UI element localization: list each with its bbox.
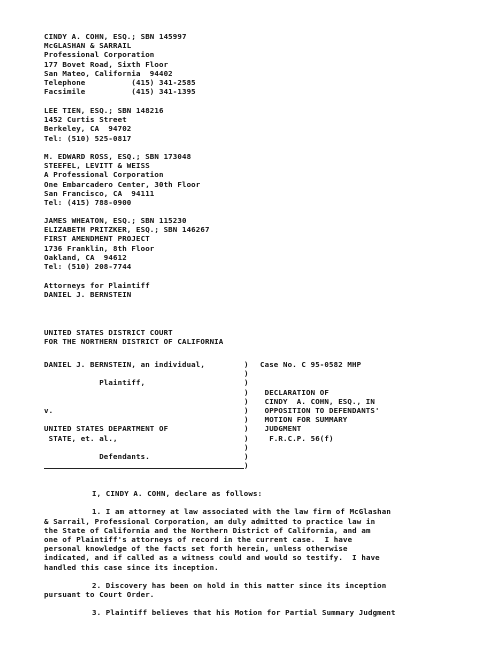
counsel-line: Telephone (415) 341-2585 (44, 78, 196, 87)
defendant-name: UNITED STATES DEPARTMENT OF (44, 424, 244, 433)
bracket: ) (244, 378, 249, 387)
bracket: ) (244, 434, 249, 443)
court-district: FOR THE NORTHERN DISTRICT OF CALIFORNIA (44, 337, 223, 346)
counsel-line: JAMES WHEATON, ESQ.; SBN 115230 (44, 216, 210, 225)
counsel-line: Tel: (510) 525-0817 (44, 134, 164, 143)
blank-line (44, 498, 464, 507)
case-number: Case No. C 95-0582 MHP (260, 360, 380, 369)
counsel-line: M. EDWARD ROSS, ESQ.; SBN 173048 (44, 152, 200, 161)
bracket: ) (244, 443, 249, 452)
bracket: ) (244, 360, 249, 369)
counsel-line: San Mateo, California 94402 (44, 69, 196, 78)
paragraph-1-line: personal knowledge of the facts set fort… (44, 544, 464, 553)
counsel-line: 177 Bovet Road, Sixth Floor (44, 60, 196, 69)
counsel-line: Tel: (510) 208-7744 (44, 262, 210, 271)
counsel-line: 1452 Curtis Street (44, 115, 164, 124)
counsel-block-tien: LEE TIEN, ESQ.; SBN 148216 1452 Curtis S… (44, 106, 164, 143)
versus-label: v. (44, 406, 244, 415)
counsel-block-ross: M. EDWARD ROSS, ESQ.; SBN 173048 STEEFEL… (44, 152, 200, 207)
bracket: ) (244, 369, 249, 378)
document-title-line: DECLARATION OF (260, 388, 380, 397)
counsel-line: Tel: (415) 788-0900 (44, 198, 200, 207)
caption-spacer (44, 369, 244, 378)
counsel-line: One Embarcadero Center, 30th Floor (44, 180, 200, 189)
bracket: ) (244, 406, 249, 415)
paragraph-1-line: & Sarrail, Professional Corporation, am … (44, 517, 464, 526)
attorneys-for-block: Attorneys for Plaintiff DANIEL J. BERNST… (44, 281, 150, 299)
counsel-line: Professional Corporation (44, 50, 196, 59)
rule-citation: F.R.C.P. 56(f) (260, 434, 380, 443)
attorneys-for-label: Attorneys for Plaintiff (44, 281, 150, 290)
paragraph-1-line: handled this case since its inception. (44, 563, 464, 572)
paragraph-1-first: 1. I am attorney at law associated with … (44, 507, 464, 516)
caption-spacer (44, 397, 244, 406)
counsel-line: Berkeley, CA 94702 (44, 124, 164, 133)
counsel-line: CINDY A. COHN, ESQ.; SBN 145997 (44, 32, 196, 41)
defendants-label: Defendants. (44, 452, 244, 461)
case-caption-title: Case No. C 95-0582 MHP DECLARATION OF CI… (260, 360, 380, 443)
document-page: CINDY A. COHN, ESQ.; SBN 145997 McGLASHA… (0, 0, 500, 647)
document-title-line: CINDY A. COHN, ESQ., IN (260, 397, 380, 406)
caption-brackets: ) ) ) ) ) ) ) ) ) ) ) ) (244, 360, 249, 470)
counsel-line: McGLASHAN & SARRAIL (44, 41, 196, 50)
case-caption-parties: DANIEL J. BERNSTEIN, an individual, Plai… (44, 360, 244, 470)
counsel-line: LEE TIEN, ESQ.; SBN 148216 (44, 106, 164, 115)
counsel-line: San Francisco, CA 94111 (44, 189, 200, 198)
defendant-name-cont: STATE, et. al., (44, 434, 244, 443)
paragraph-1-line: one of Plaintiff's attorneys of record i… (44, 535, 464, 544)
bracket: ) (244, 388, 249, 397)
paragraph-1-line: indicated, and if called as a witness co… (44, 553, 464, 562)
counsel-line: FIRST AMENDMENT PROJECT (44, 234, 210, 243)
paragraph-2-line: pursuant to Court Order. (44, 590, 464, 599)
paragraph-2-first: 2. Discovery has been on hold in this ma… (44, 581, 464, 590)
document-title-line: MOTION FOR SUMMARY (260, 415, 380, 424)
declaration-intro: I, CINDY A. COHN, declare as follows: (44, 489, 464, 498)
counsel-line: A Professional Corporation (44, 170, 200, 179)
blank-line (44, 599, 464, 608)
document-title-line: OPPOSITION TO DEFENDANTS' (260, 406, 380, 415)
caption-divider (44, 468, 244, 469)
paragraph-3-first: 3. Plaintiff believes that his Motion fo… (44, 608, 464, 617)
caption-spacer (44, 443, 244, 452)
document-title-line: JUDGMENT (260, 424, 380, 433)
caption-spacer (260, 378, 380, 387)
court-heading: UNITED STATES DISTRICT COURT FOR THE NOR… (44, 328, 223, 346)
court-name: UNITED STATES DISTRICT COURT (44, 328, 223, 337)
counsel-line: 1736 Franklin, 8th Floor (44, 244, 210, 253)
counsel-line: Oakland, CA 94612 (44, 253, 210, 262)
caption-spacer (44, 388, 244, 397)
bracket: ) (244, 461, 249, 470)
blank-line (44, 572, 464, 581)
declaration-body: I, CINDY A. COHN, declare as follows: 1.… (44, 489, 464, 618)
plaintiff-label: Plaintiff, (44, 378, 244, 387)
bracket: ) (244, 452, 249, 461)
bracket: ) (244, 424, 249, 433)
bracket: ) (244, 415, 249, 424)
counsel-block-wheaton: JAMES WHEATON, ESQ.; SBN 115230 ELIZABET… (44, 216, 210, 271)
client-name: DANIEL J. BERNSTEIN (44, 290, 150, 299)
caption-spacer (260, 369, 380, 378)
counsel-line: ELIZABETH PRITZKER, ESQ.; SBN 146267 (44, 225, 210, 234)
counsel-line: Facsimile (415) 341-1395 (44, 87, 196, 96)
counsel-block-cohn: CINDY A. COHN, ESQ.; SBN 145997 McGLASHA… (44, 32, 196, 96)
paragraph-1-line: the State of California and the Northern… (44, 526, 464, 535)
bracket: ) (244, 397, 249, 406)
counsel-line: STEEFEL, LEVITT & WEISS (44, 161, 200, 170)
caption-spacer (44, 415, 244, 424)
plaintiff-name: DANIEL J. BERNSTEIN, an individual, (44, 360, 244, 369)
